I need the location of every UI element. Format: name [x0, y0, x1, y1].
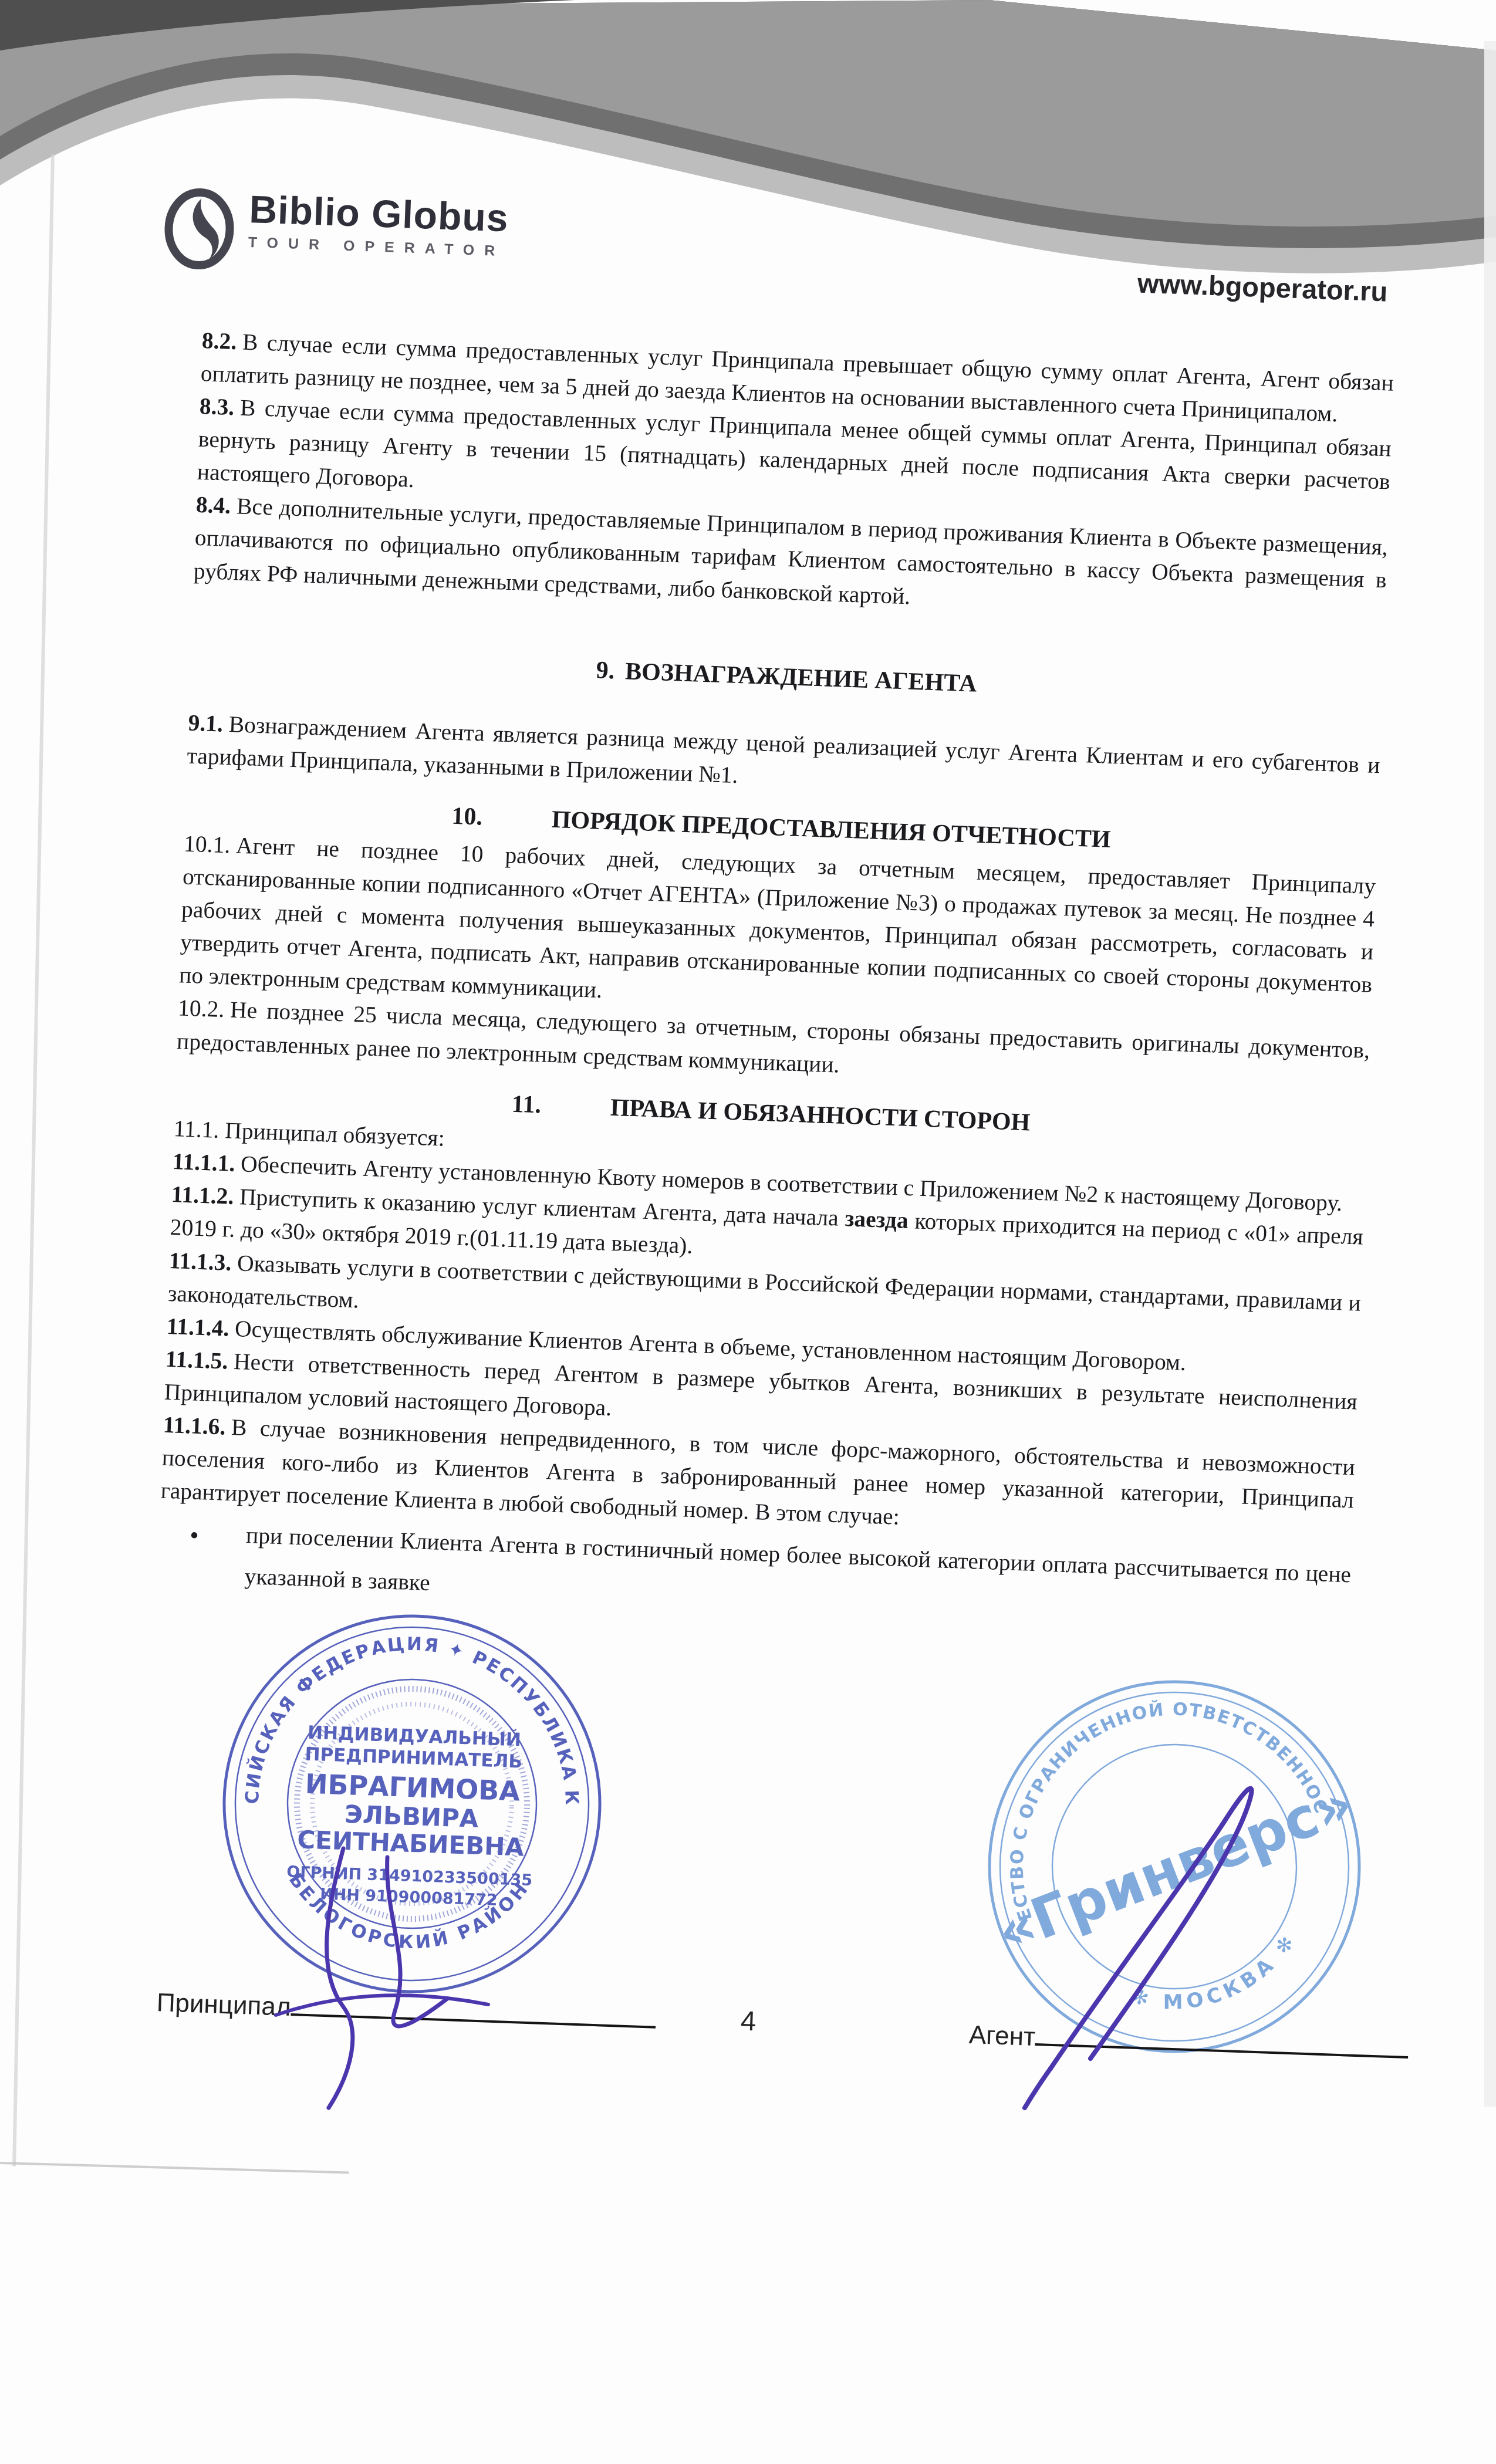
document-body: 8.2.В случае если сумма предоставленных …	[157, 324, 1394, 1637]
stamp-ring-bottom-text: БЕЛОГОРСКИЙ РАЙОН	[282, 1869, 534, 1957]
svg-text:РОССИЙСКАЯ ФЕДЕРАЦИЯ ✦ РЕСПУБЛ: РОССИЙСКАЯ ФЕДЕРАЦИЯ ✦ РЕСПУБЛИКА КРЫМ	[212, 1604, 590, 1816]
stamp-inn: ИНН 910900081772	[320, 1885, 498, 1910]
globe-icon	[163, 187, 241, 271]
principal-signature-block: Принципал	[156, 1985, 656, 2035]
stamp-ring-top-text: РОССИЙСКАЯ ФЕДЕРАЦИЯ ✦ РЕСПУБЛИКА КРЫМ	[212, 1604, 590, 1816]
stamp-org-line1: ИНДИВИДУАЛЬНЫЙ	[308, 1722, 522, 1751]
stamp-ring-top-text: ОБЩЕСТВО С ОГРАНИЧЕННОЙ ОТВЕТСТВЕННОСТЬЮ	[928, 1620, 1332, 1942]
scan-bottom-edge-shadow	[0, 2161, 349, 2174]
stamp-center-name: «Гринверс»	[988, 1770, 1362, 1966]
stamp-ogrnip: ОГРНИП 314910233500135	[286, 1863, 533, 1890]
stamp-name-line2: ЭЛЬВИРА	[344, 1800, 479, 1833]
page-number: 4	[740, 2005, 757, 2037]
stamp-name-line3: СЕИТНАБИЕВНА	[297, 1825, 525, 1861]
agent-label: Агент	[968, 2020, 1036, 2051]
svg-text:✻ МОСКВА ✻: ✻ МОСКВА ✻	[1123, 1923, 1314, 2037]
svg-text:БЕЛОГОРСКИЙ РАЙОН: БЕЛОГОРСКИЙ РАЙОН	[282, 1869, 534, 1957]
scan-left-edge-shadow	[12, 154, 55, 2166]
scanned-contract-page: Biblio Globus TOUR OPERATOR www.bgoperat…	[0, 0, 1496, 2464]
principal-signature-line	[291, 1990, 656, 2029]
company-logo: Biblio Globus TOUR OPERATOR	[163, 187, 509, 280]
stamp-org-line2: ПРЕДПРИНИМАТЕЛЬ	[305, 1744, 523, 1773]
agent-signature-line	[1035, 2020, 1409, 2059]
bullet-dot: •	[189, 1513, 200, 1559]
stamp-ring-bottom-text: ✻ МОСКВА ✻	[1123, 1923, 1314, 2037]
section-heading: 9.ВОЗНАГРАЖДЕНИЕ АГЕНТА	[190, 638, 1383, 716]
scan-right-edge-strip	[1484, 41, 1496, 2107]
agent-signature-block: Агент	[968, 2017, 1409, 2065]
principal-round-stamp: РОССИЙСКАЯ ФЕДЕРАЦИЯ ✦ РЕСПУБЛИКА КРЫМ Б…	[212, 1604, 613, 2005]
stamp-name-line1: ИБРАГИМОВА	[305, 1768, 521, 1807]
svg-text:ОБЩЕСТВО С ОГРАНИЧЕННОЙ ОТВЕТС: ОБЩЕСТВО С ОГРАНИЧЕННОЙ ОТВЕТСТВЕННОСТЬЮ	[928, 1620, 1332, 1942]
principal-signature-stroke	[327, 1848, 353, 2108]
logo-title: Biblio Globus	[249, 190, 509, 237]
principal-label: Принципал	[156, 1988, 291, 2022]
